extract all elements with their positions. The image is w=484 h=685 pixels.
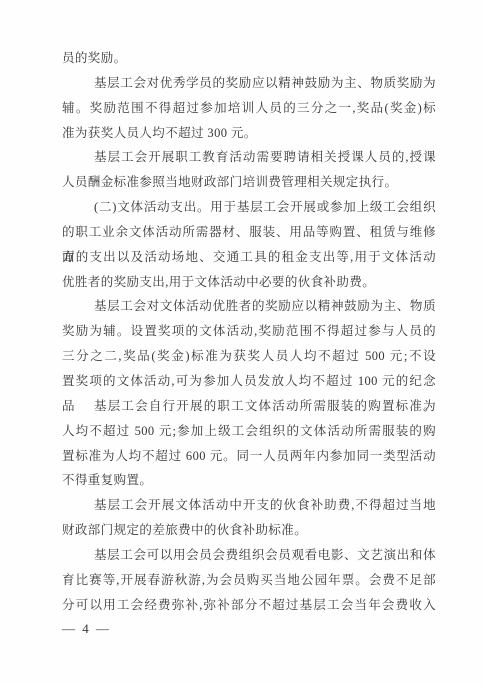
text-line: 基层工会开展文体活动中开支的伙食补助费,不得超过当地: [62, 493, 436, 518]
text-line: 分可以用工会经费弥补,弥补部分不超过基层工会当年会费收入: [62, 593, 436, 618]
text-line: 基层工会自行开展的职工文体活动所需服装的购置标准为: [62, 394, 436, 419]
page-number: — 4 —: [62, 617, 436, 642]
text-line: (二)文体活动支出。用于基层工会开展或参加上级工会组织: [62, 195, 436, 220]
text-line: 基层工会可以用会员会费组织会员观看电影、文艺演出和体: [62, 543, 436, 568]
text-line: 不得重复购置。: [62, 468, 436, 493]
text-line: 基层工会对文体活动优胜者的奖励应以精神鼓励为主、物质: [62, 294, 436, 319]
text-line: 育比赛等,开展春游秋游,为会员购买当地公园年票。会费不足部: [62, 568, 436, 593]
text-line: 置奖项的文体活动,可为参加人员发放人均不超过 100 元的纪念品。: [62, 369, 436, 394]
text-line: 优胜者的奖励支出,用于文体活动中必要的伙食补助费。: [62, 270, 436, 295]
text-line: 财政部门规定的差旅费中的伙食补助标准。: [62, 518, 436, 543]
text-line: 置标准为人均不超过 600 元。同一人员两年内参加同一类型活动: [62, 444, 436, 469]
text-line: 基层工会对优秀学员的奖励应以精神鼓励为主、物质奖励为: [62, 71, 436, 96]
text-line: 员的奖励。: [62, 46, 436, 71]
text-line: 准为获奖人员人均不超过 300 元。: [62, 121, 436, 146]
text-line: 人员酬金标准参照当地财政部门培训费管理相关规定执行。: [62, 170, 436, 195]
text-line: 面的支出以及活动场地、交通工具的租金支出等,用于文体活动: [62, 245, 436, 270]
text-line: 基层工会开展职工教育活动需要聘请相关授课人员的,授课: [62, 145, 436, 170]
text-line: 辅。奖励范围不得超过参加培训人员的三分之一,奖品(奖金)标: [62, 96, 436, 121]
text-line: 的职工业余文体活动所需器材、服装、用品等购置、租赁与维修方: [62, 220, 436, 245]
text-line: 奖励为辅。设置奖项的文体活动,奖励范围不得超过参与人员的: [62, 319, 436, 344]
document-page: 员的奖励。 基层工会对优秀学员的奖励应以精神鼓励为主、物质奖励为 辅。奖励范围不…: [0, 0, 484, 685]
text-line: 三分之二,奖品(奖金)标准为获奖人员人均不超过 500 元;不设: [62, 344, 436, 369]
document-text-block: 员的奖励。 基层工会对优秀学员的奖励应以精神鼓励为主、物质奖励为 辅。奖励范围不…: [62, 46, 436, 642]
text-line: 人均不超过 500 元;参加上级工会组织的文体活动所需服装的购: [62, 419, 436, 444]
